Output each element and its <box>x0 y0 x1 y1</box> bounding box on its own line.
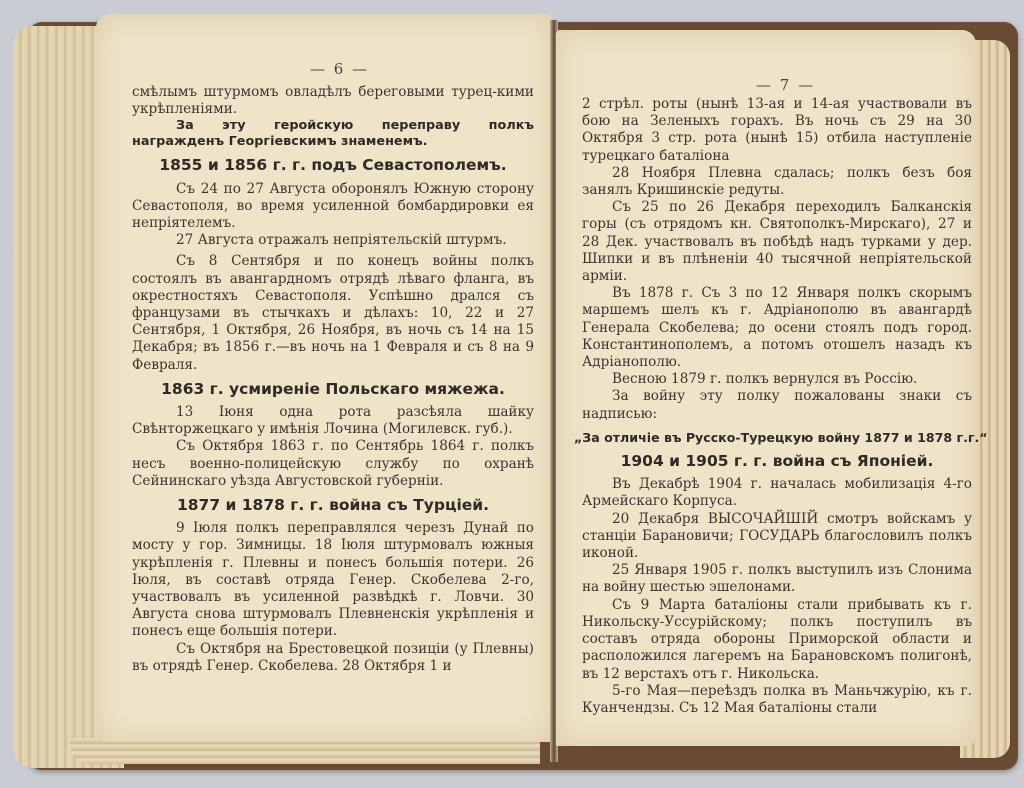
left-page-text: смѣлымъ штурмомъ овладѣлъ береговыми тур… <box>132 84 534 675</box>
paragraph: Съ 25 по 26 Декабря переходилъ Балканскі… <box>582 199 972 285</box>
award-statement: За эту геройскую переправу полкъ награжд… <box>132 118 534 150</box>
paragraph: 13 Іюня одна рота разсѣяла шайку Свѣнтор… <box>132 404 534 438</box>
paragraph: Въ 1878 г. Съ 3 по 12 Января полкъ скоры… <box>582 285 972 371</box>
page-number-left: — 6 — <box>310 60 369 78</box>
paragraph: Съ 9 Марта баталіоны стали прибывать къ … <box>582 597 972 683</box>
paragraph: 5-го Мая—переѣздъ полка въ Маньчжурію, к… <box>582 683 972 717</box>
paragraph: 25 Января 1905 г. полкъ выступилъ изъ Сл… <box>582 562 972 596</box>
paragraph: смѣлымъ штурмомъ овладѣлъ береговыми тур… <box>132 84 534 118</box>
right-page: — 7 — 2 стрѣл. роты (нынѣ 13-ая и 14-ая … <box>556 30 976 746</box>
paragraph: Въ Декабрѣ 1904 г. началась мобилизація … <box>582 476 972 510</box>
section-heading-1855: 1855 и 1856 г. г. подъ Севастополемъ. <box>132 157 534 174</box>
section-heading-1904: 1904 и 1905 г. г. война съ Японіей. <box>582 453 972 470</box>
insignia-motto: „За отличіе въ Русско-Турецкую войну 187… <box>574 429 972 446</box>
paragraph: 20 Декабря ВЫСОЧАЙШІЙ смотръ войскамъ у … <box>582 511 972 563</box>
paragraph: 27 Августа отражалъ непріятельскій штурм… <box>132 232 534 249</box>
paragraph: 9 Іюля полкъ переправлялся черезъ Дунай … <box>132 520 534 640</box>
page-number-right: — 7 — <box>756 76 815 94</box>
paragraph: 2 стрѣл. роты (нынѣ 13-ая и 14-ая участв… <box>582 96 972 165</box>
paragraph: За войну эту полку пожалованы знаки съ н… <box>582 388 972 422</box>
paragraph: Съ Октября на Брестовецкой позиціи (у Пл… <box>132 641 534 675</box>
paragraph: 28 Ноября Плевна сдалась; полкъ безъ боя… <box>582 165 972 199</box>
right-page-text: 2 стрѣл. роты (нынѣ 13-ая и 14-ая участв… <box>582 96 972 717</box>
paragraph: Съ Октября 1863 г. по Сентябрь 1864 г. п… <box>132 438 534 490</box>
paragraph: Съ 8 Сентября и по конецъ войны полкъ со… <box>132 253 534 373</box>
section-heading-1877: 1877 и 1878 г. г. война съ Турціей. <box>132 497 534 514</box>
section-heading-1863: 1863 г. усмиреніе Польскаго мяжежа. <box>132 381 534 398</box>
paragraph: Съ 24 по 27 Августа оборонялъ Южную стор… <box>132 181 534 233</box>
paragraph: Весною 1879 г. полкъ вернулся въ Россію. <box>582 371 972 388</box>
left-page: — 6 — смѣлымъ штурмомъ овладѣлъ береговы… <box>96 14 552 742</box>
